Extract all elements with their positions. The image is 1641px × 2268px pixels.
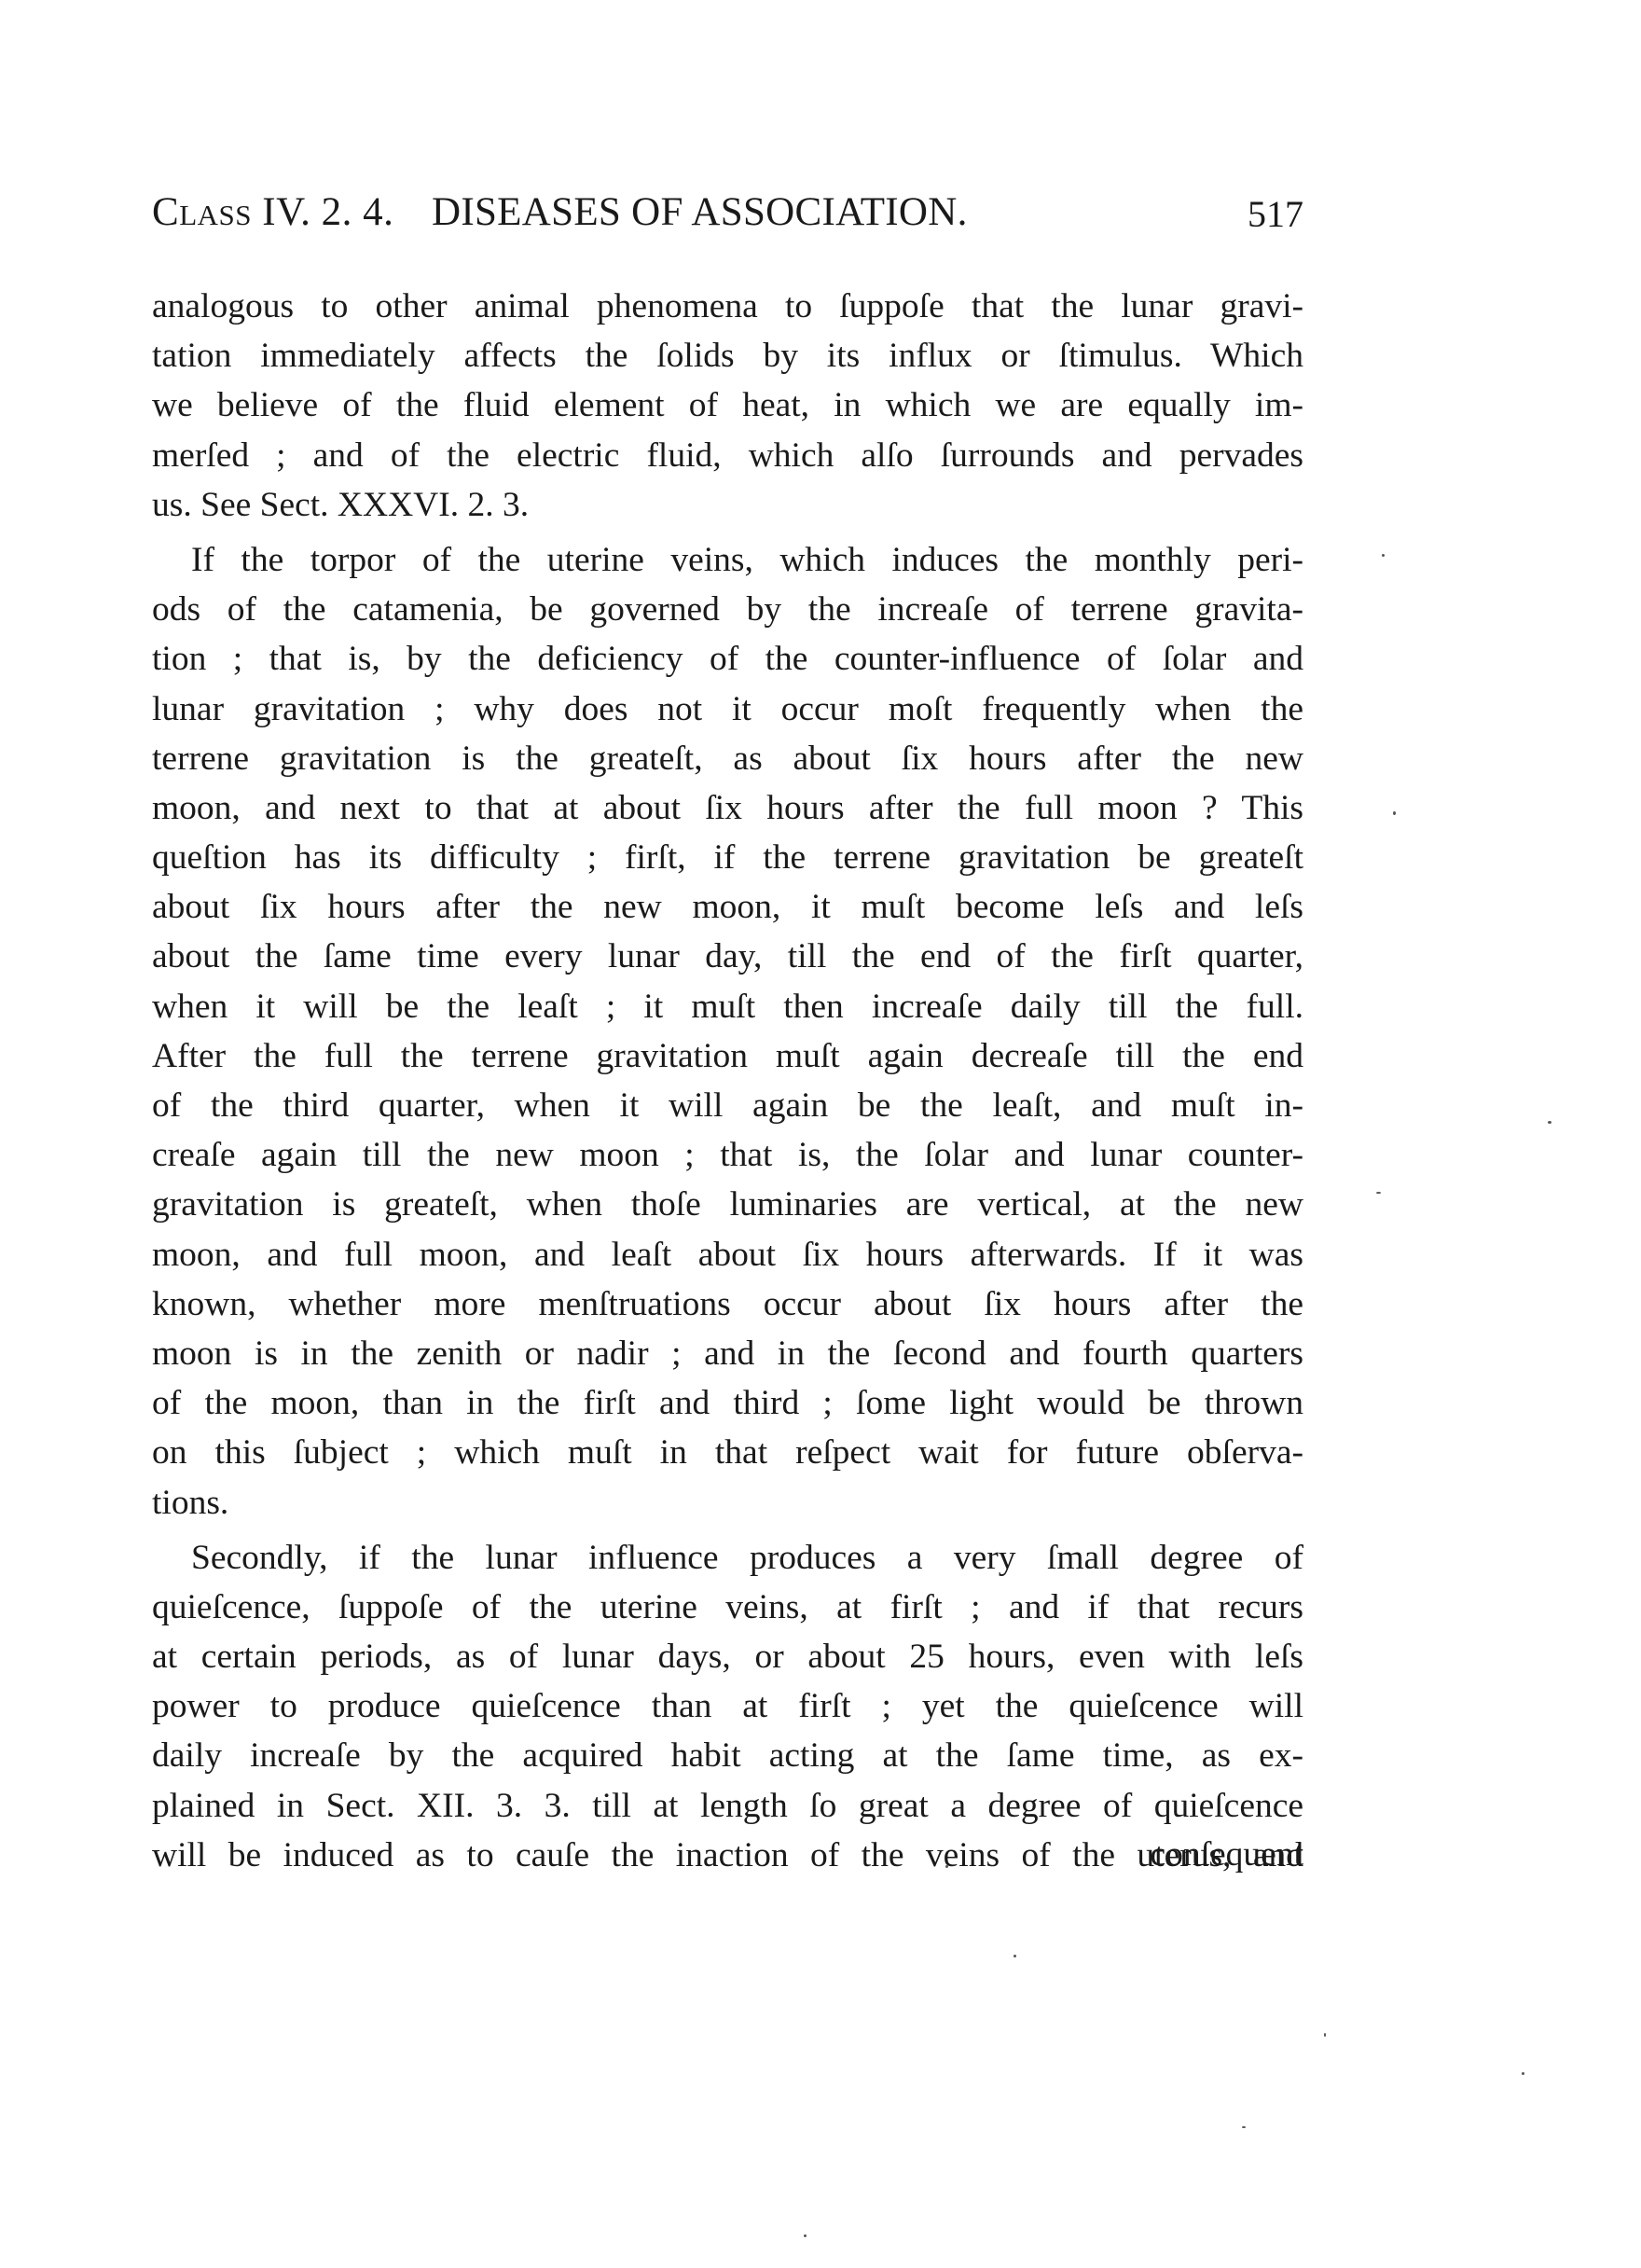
scan-speck — [1548, 1121, 1551, 1124]
text-line: Secondly, if the lunar influence produce… — [152, 1533, 1303, 1583]
class-label: CLASS IV. 2. 4. — [152, 185, 393, 243]
scan-speck — [1014, 1955, 1016, 1957]
text-line: plained in Sect. XII. 3. 3. till at leng… — [152, 1781, 1303, 1831]
text-line: After the full the terrene gravitation m… — [152, 1031, 1303, 1081]
text-line: when it will be the leaſt ; it muſt then… — [152, 982, 1303, 1031]
scan-speck — [1393, 811, 1396, 815]
text-line: we believe of the fluid element of heat,… — [152, 380, 1303, 430]
text-line: lunar gravitation ; why does not it occu… — [152, 685, 1303, 734]
text-line: moon, and next to that at about ſix hour… — [152, 783, 1303, 833]
text-line: on this ſubject ; which muſt in that reſ… — [152, 1428, 1303, 1477]
text-line: moon is in the zenith or nadir ; and in … — [152, 1329, 1303, 1378]
text-line: creaſe again till the new moon ; that is… — [152, 1130, 1303, 1180]
text-line: daily increaſe by the acquired habit act… — [152, 1731, 1303, 1780]
text-line: moon, and full moon, and leaſt about ſix… — [152, 1230, 1303, 1279]
text-line: analogous to other animal phenomena to ſ… — [152, 282, 1303, 331]
text-line: about the ſame time every lunar day, til… — [152, 932, 1303, 981]
text-line: tion ; that is, by the deficiency of the… — [152, 634, 1303, 684]
text-line: tions. — [152, 1478, 1303, 1528]
catchword: conſequent — [1150, 1830, 1303, 1879]
text-line: at certain periods, as of lunar days, or… — [152, 1632, 1303, 1681]
text-line: will be induced as to cauſe the inaction… — [152, 1831, 1303, 1880]
scan-speck — [1382, 554, 1385, 557]
book-page: CLASS IV. 2. 4. DISEASES OF ASSOCIATION.… — [0, 0, 1641, 2268]
scan-speck — [1522, 2072, 1524, 2075]
text-line: queſtion has its difficulty ; firſt, if … — [152, 833, 1303, 882]
text-line: tation immediately affects the ſolids by… — [152, 331, 1303, 380]
chapter-title: DISEASES OF ASSOCIATION. — [432, 185, 968, 241]
page-number: 517 — [1248, 187, 1303, 242]
paragraph-3: Secondly, if the lunar influence produce… — [152, 1533, 1303, 1880]
text-line: us. See Sect. XXXVI. 2. 3. — [152, 480, 1303, 530]
text-line: ods of the catamenia, be governed by the… — [152, 585, 1303, 634]
text-line: power to produce quieſcence than at firſ… — [152, 1681, 1303, 1731]
paragraph-1: analogous to other animal phenomena to ſ… — [152, 282, 1303, 530]
scan-speck — [945, 1865, 948, 1868]
text-line: known, whether more menſtruations occur … — [152, 1279, 1303, 1329]
text-line: terrene gravitation is the greateſt, as … — [152, 734, 1303, 783]
text-line: If the torpor of the uterine veins, whic… — [152, 535, 1303, 585]
text-line: of the moon, than in the firſt and third… — [152, 1378, 1303, 1428]
text-line: about ſix hours after the new moon, it m… — [152, 882, 1303, 932]
text-line: quieſcence, ſuppoſe of the uterine veins… — [152, 1583, 1303, 1632]
scan-speck — [1376, 1192, 1381, 1194]
text-line: gravitation is greateſt, when thoſe lumi… — [152, 1180, 1303, 1229]
text-line: merſed ; and of the electric fluid, whic… — [152, 431, 1303, 480]
running-head: CLASS IV. 2. 4. DISEASES OF ASSOCIATION.… — [152, 185, 1303, 241]
scan-speck — [1324, 2033, 1326, 2037]
scan-speck — [804, 2234, 807, 2237]
body-text: analogous to other animal phenomena to ſ… — [152, 282, 1303, 1880]
paragraph-2: If the torpor of the uterine veins, whic… — [152, 535, 1303, 1528]
scan-speck — [1242, 2126, 1246, 2128]
text-line: of the third quarter, when it will again… — [152, 1081, 1303, 1130]
